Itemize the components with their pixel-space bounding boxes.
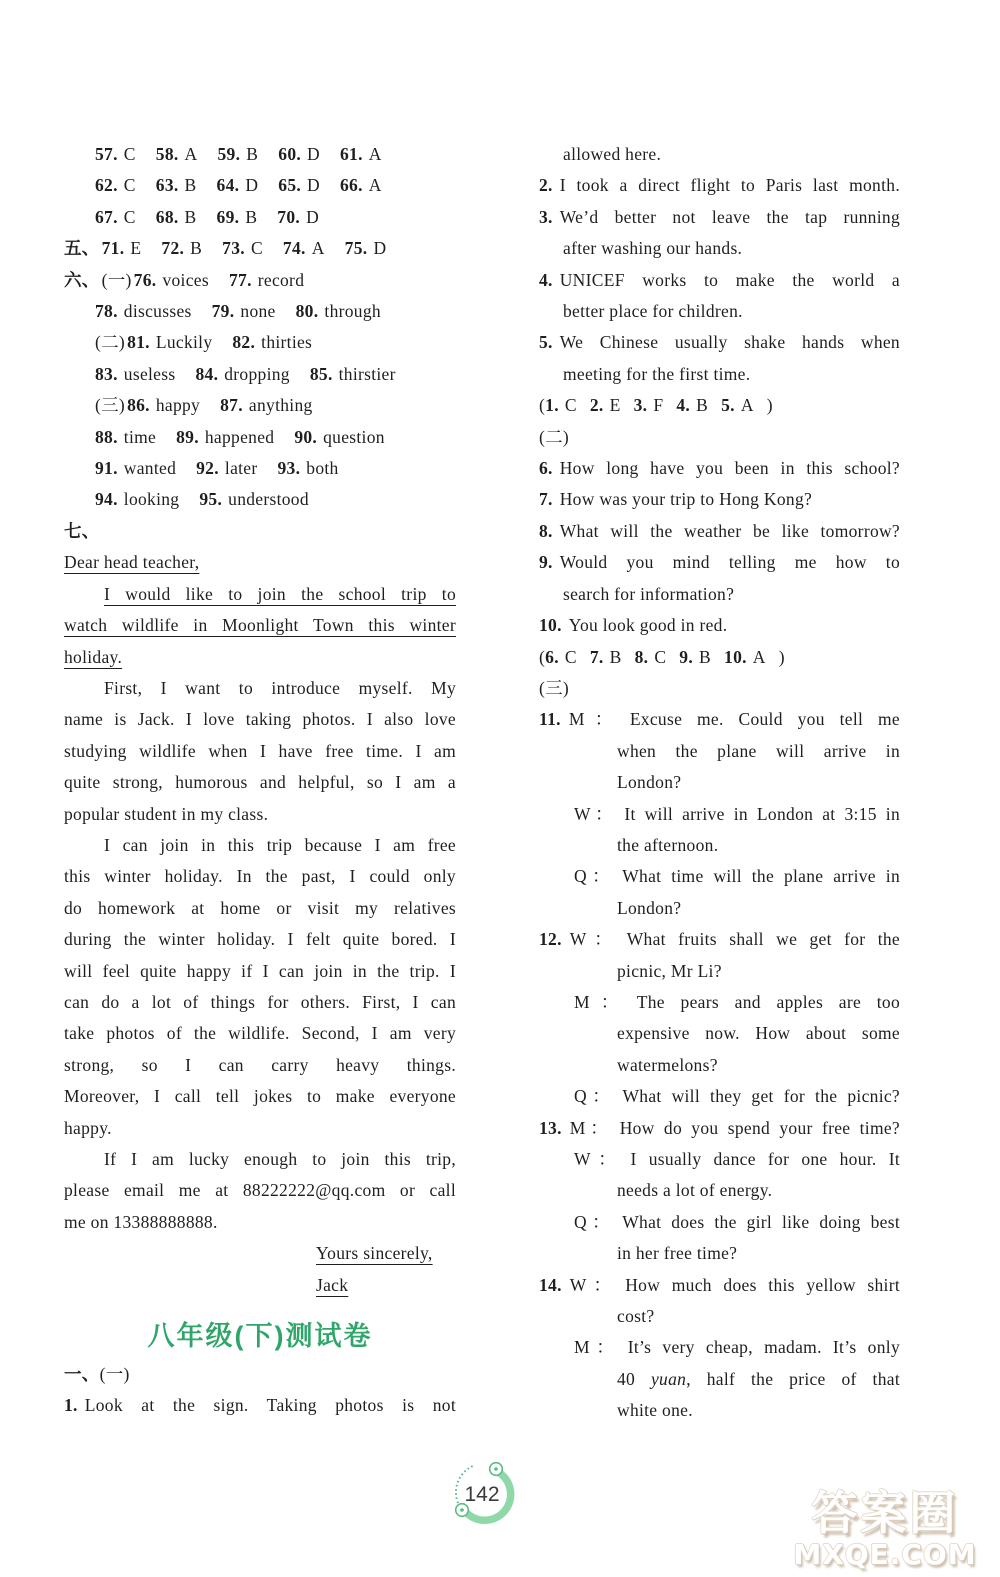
letter-line: happy. <box>64 1113 456 1144</box>
answer-pair: 84.dropping <box>195 364 289 384</box>
answer-pair: 9.B <box>679 647 711 667</box>
letter-signature: Jack <box>316 1270 456 1301</box>
answer-pair: 83.useless <box>95 364 175 384</box>
numbered-item: 8.What will the weather be like tomorrow… <box>539 516 900 547</box>
dialogue-line: 14.W：How much does this yellow shirt <box>539 1270 900 1301</box>
letter-line: strong, so I can carry heavy things. <box>64 1050 456 1081</box>
answer-pair: 79.none <box>212 301 276 321</box>
answer-pair: 66.A <box>340 175 382 195</box>
answer-pair: 94.looking <box>95 489 179 509</box>
italic-word: yuan <box>651 1369 686 1389</box>
numbered-item: 6.How long have you been in this school? <box>539 453 900 484</box>
letter-line: can do a lot of things for others. First… <box>64 987 456 1018</box>
answer-pair: 69.B <box>217 207 258 227</box>
answer-pair: 80.through <box>296 301 381 321</box>
answer-line: 83.useless84.dropping85.thirstier <box>64 359 456 390</box>
answer-pair: 63.B <box>156 175 197 195</box>
answer-pair: 59.B <box>218 144 259 164</box>
letter-salutation: Dear head teacher, <box>64 547 456 578</box>
answer-line: 六、(一)76.voices77.record <box>64 265 456 296</box>
letter-line: If I am lucky enough to join this trip, <box>64 1144 456 1175</box>
section-label-1: 一、(一) <box>64 1359 456 1390</box>
answer-pair: 81.Luckily <box>127 332 212 352</box>
answer-pair: 10.A <box>724 647 766 667</box>
letter-line: name is Jack. I love taking photos. I al… <box>64 704 456 735</box>
letter-line: this winter holiday. In the past, I coul… <box>64 861 456 892</box>
answer-pair: 93.both <box>278 458 339 478</box>
letter-line: First, I want to introduce myself. My <box>64 673 456 704</box>
answer-line: 62.C63.B64.D65.D66.A <box>64 170 456 201</box>
answer-pair: 91.wanted <box>95 458 176 478</box>
letter-line: popular student in my class. <box>64 799 456 830</box>
answer-pair: 1.C <box>545 395 577 415</box>
answer-pair: 61.A <box>340 144 382 164</box>
answer-pair: 60.D <box>278 144 320 164</box>
dialogue-line: expensive now. How about some <box>539 1018 900 1049</box>
letter-underlined-line: watch wildlife in Moonlight Town this wi… <box>64 610 456 641</box>
page-number: 142 <box>464 1483 499 1506</box>
answer-pair: 64.D <box>217 175 259 195</box>
answer-pair: 2.E <box>590 395 621 415</box>
answer-pair: 88.time <box>95 427 156 447</box>
dialogue-line: London? <box>539 893 900 924</box>
dialogue-line: the afternoon. <box>539 830 900 861</box>
numbered-item: 10.You look good in red. <box>539 610 900 641</box>
item-continuation: search for information? <box>539 579 900 610</box>
dialogue-line: 13.M：How do you spend your free time? <box>539 1113 900 1144</box>
dialogue-line: Q：What will they get for the picnic? <box>539 1081 900 1112</box>
badge-small-dot-bottom <box>460 1508 464 1512</box>
letter-line: I can join in this trip because I am fre… <box>64 830 456 861</box>
letter-underlined-line: holiday. <box>64 642 456 673</box>
answer-pair: 95.understood <box>199 489 309 509</box>
numbered-item: 3.We’d better not leave the tap running <box>539 202 900 233</box>
answer-line: (三)86.happy87.anything <box>64 390 456 421</box>
section-label: (二) <box>539 422 900 453</box>
letter-line: will feel quite happy if I can join in t… <box>64 956 456 987</box>
answer-key-line: (6.C7.B8.C9.B10.A) <box>539 642 900 673</box>
letter-line: do homework at home or visit my relative… <box>64 893 456 924</box>
dialogue-line: in her free time? <box>539 1238 900 1269</box>
item-continuation: meeting for the first time. <box>539 359 900 390</box>
answer-pair: 75.D <box>345 238 387 258</box>
numbered-item: 5.We Chinese usually shake hands when <box>539 327 900 358</box>
answer-pair: 65.D <box>278 175 320 195</box>
dialogue-line: needs a lot of energy. <box>539 1175 900 1206</box>
numbered-item: 1.Look at the sign. Taking photos is not <box>64 1390 456 1421</box>
dialogue-line: W：I usually dance for one hour. It <box>539 1144 900 1175</box>
answer-key-line: (1.C2.E3.F4.B5.A) <box>539 390 900 421</box>
letter-line: please email me at 88222222@qq.com or ca… <box>64 1175 456 1206</box>
answer-pair: 67.C <box>95 207 136 227</box>
answer-line: 五、71.E72.B73.C74.A75.D <box>64 233 456 264</box>
dialogue-line: 11.M：Excuse me. Could you tell me <box>539 704 900 735</box>
dialogue-line: picnic, Mr Li? <box>539 956 900 987</box>
answer-pair: 62.C <box>95 175 136 195</box>
answer-key-page: 57.C58.A59.B60.D61.A 62.C63.B64.D65.D66.… <box>0 0 1000 1577</box>
answer-pair: 72.B <box>161 238 202 258</box>
answer-line: 78.discusses79.none80.through <box>64 296 456 327</box>
answer-pair: 58.A <box>156 144 198 164</box>
letter-line: studying wildlife when I have free time.… <box>64 736 456 767</box>
item-continuation: allowed here. <box>539 139 900 170</box>
letter-line: take photos of the wildlife. Second, I a… <box>64 1018 456 1049</box>
answer-line: 88.time89.happened90.question <box>64 422 456 453</box>
dialogue-line: white one. <box>539 1395 900 1426</box>
numbered-item: 9.Would you mind telling me how to <box>539 547 900 578</box>
section-label: (三) <box>539 673 900 704</box>
answer-pair: 74.A <box>283 238 325 258</box>
answer-pair: 6.C <box>545 647 577 667</box>
letter-line: quite strong, humorous and helpful, so I… <box>64 767 456 798</box>
answer-pair: 73.C <box>222 238 263 258</box>
answer-pair: 86.happy <box>127 395 200 415</box>
answer-pair: 8.C <box>635 647 667 667</box>
numbered-item: 2.I took a direct flight to Paris last m… <box>539 170 900 201</box>
dialogue-line: W：It will arrive in London at 3:15 in <box>539 799 900 830</box>
answer-pair: 90.question <box>294 427 384 447</box>
brand-watermark-text: 答案圈 <box>770 1487 1000 1539</box>
dialogue-line: M：The pears and apples are too <box>539 987 900 1018</box>
item-continuation: after washing our hands. <box>539 233 900 264</box>
dialogue-line: 40 yuan, half the price of that <box>539 1364 900 1395</box>
dialogue-line: cost? <box>539 1301 900 1332</box>
answer-pair: 87.anything <box>220 395 312 415</box>
answer-line: 91.wanted92.later93.both <box>64 453 456 484</box>
dialogue-line: Q：What time will the plane arrive in <box>539 861 900 892</box>
answer-line: 67.C68.B69.B70.D <box>64 202 456 233</box>
answer-pair: 70.D <box>277 207 319 227</box>
answer-pair: 85.thirstier <box>310 364 396 384</box>
dialogue-line: when the plane will arrive in <box>539 736 900 767</box>
answer-pair: 77.record <box>229 270 304 290</box>
letter-underlined-line: I would like to join the school trip to <box>64 579 456 610</box>
letter-closing: Yours sincerely, <box>316 1238 456 1269</box>
letter-line: me on 13388888888. <box>64 1207 456 1238</box>
answer-pair: 82.thirties <box>232 332 312 352</box>
answer-pair: 3.F <box>634 395 664 415</box>
letter-line: during the winter holiday. I felt quite … <box>64 924 456 955</box>
answer-line: 94.looking95.understood <box>64 484 456 515</box>
watermark: 答案圈 MXQE.COM <box>770 1487 1000 1571</box>
right-column: allowed here. 2.I took a direct flight t… <box>539 139 900 1427</box>
page-number-badge: 142 <box>447 1458 517 1528</box>
dialogue-line: Q：What does the girl like doing best <box>539 1207 900 1238</box>
item-continuation: better place for children. <box>539 296 900 327</box>
answer-line: 57.C58.A59.B60.D61.A <box>64 139 456 170</box>
answer-pair: 57.C <box>95 144 136 164</box>
answer-pair: 4.B <box>676 395 708 415</box>
dialogue-line: 12.W：What fruits shall we get for the <box>539 924 900 955</box>
dialogue-line: M：It’s very cheap, madam. It’s only <box>539 1332 900 1363</box>
site-watermark-text: MXQE.COM <box>770 1539 1000 1571</box>
letter-line: Moreover, I call tell jokes to make ever… <box>64 1081 456 1112</box>
dialogue-line: watermelons? <box>539 1050 900 1081</box>
left-column: 57.C58.A59.B60.D61.A 62.C63.B64.D65.D66.… <box>64 139 456 1422</box>
answer-pair: 76.voices <box>134 270 209 290</box>
answer-pair: 92.later <box>196 458 257 478</box>
test-title: 八年级(下)测试卷 <box>64 1315 456 1357</box>
answer-pair: 7.B <box>590 647 622 667</box>
answer-pair: 68.B <box>156 207 197 227</box>
dialogue-line: London? <box>539 767 900 798</box>
answer-pair: 89.happened <box>176 427 274 447</box>
answer-pair: 5.A <box>721 395 754 415</box>
badge-small-dot-top <box>494 1467 498 1471</box>
answer-line: (二)81.Luckily82.thirties <box>64 327 456 358</box>
numbered-item: 7.How was your trip to Hong Kong? <box>539 484 900 515</box>
section-label-7: 七、 <box>64 516 456 547</box>
answer-pair: 78.discusses <box>95 301 192 321</box>
answer-pair: 71.E <box>102 238 142 258</box>
numbered-item: 4.UNICEF works to make the world a <box>539 265 900 296</box>
